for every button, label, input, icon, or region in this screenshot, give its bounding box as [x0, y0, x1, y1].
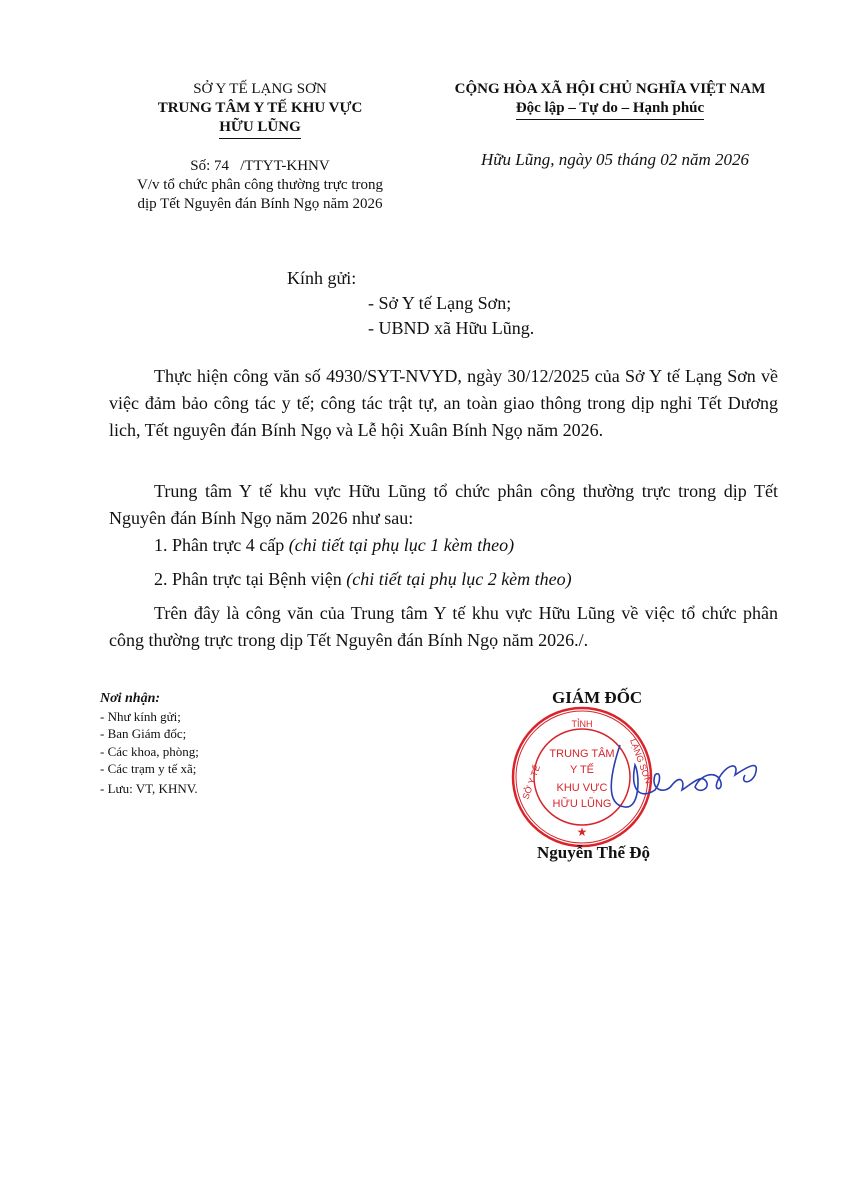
paragraph-3: Trên đây là công văn của Trung tâm Y tế … [109, 600, 778, 654]
national-heading-block: CỘNG HÒA XÃ HỘI CHỦ NGHĨA VIỆT NAM Độc l… [420, 80, 800, 120]
subject-line-1: V/v tổ chức phân công thường trực trong [100, 176, 420, 195]
authority-name: SỞ Y TẾ LẠNG SƠN [100, 80, 420, 99]
handwritten-signature-icon [600, 735, 780, 825]
addressee-item: - UBND xã Hữu Lũng. [368, 316, 534, 341]
country-name: CỘNG HÒA XÃ HỘI CHỦ NGHĨA VIỆT NAM [420, 80, 800, 99]
svg-text:Y TẾ: Y TẾ [570, 763, 594, 776]
subject-line-2: dịp Tết Nguyên đán Bính Ngọ năm 2026 [100, 195, 420, 214]
addressee-label: Kính gửi: [287, 265, 356, 291]
place-date: Hữu Lũng, ngày 05 tháng 02 năm 2026 [420, 150, 810, 170]
signer-name: Nguyễn Thế Độ [537, 843, 650, 863]
national-motto: Độc lập – Tự do – Hạnh phúc [516, 99, 704, 120]
list-item-note: (chi tiết tại phụ lục 2 kèm theo) [346, 569, 571, 589]
recipient-item: - Các trạm y tế xã; [100, 760, 199, 778]
list-item-1: 1. Phân trực 4 cấp (chi tiết tại phụ lục… [154, 532, 514, 559]
list-item-text: 2. Phân trực tại Bệnh viện [154, 569, 346, 589]
signer-position: GIÁM ĐỐC [552, 688, 642, 708]
recipients-block: Nơi nhận: - Như kính gửi; - Ban Giám đốc… [100, 690, 199, 797]
recipient-item: - Như kính gửi; [100, 708, 199, 726]
issuing-organization-block: SỞ Y TẾ LẠNG SƠN TRUNG TÂM Y TẾ KHU VỰC … [100, 80, 420, 214]
addressee-item: - Sở Y tế Lạng Sơn; [368, 291, 534, 316]
svg-text:SỞ Y TẾ: SỞ Y TẾ [520, 763, 543, 800]
list-item-note: (chi tiết tại phụ lục 1 kèm theo) [289, 535, 514, 555]
recipient-item: - Lưu: VT, KHNV. [100, 780, 199, 798]
recipient-item: - Các khoa, phòng; [100, 743, 199, 761]
list-item-2: 2. Phân trực tại Bệnh viện (chi tiết tại… [154, 566, 572, 593]
document-number: Số: 74 /TTYT-KHNV [100, 157, 420, 176]
addressee-list: - Sở Y tế Lạng Sơn; - UBND xã Hữu Lũng. [368, 291, 534, 341]
recipients-title: Nơi nhận: [100, 690, 199, 708]
organization-name: TRUNG TÂM Y TẾ KHU VỰC [100, 99, 420, 118]
svg-text:TỈNH: TỈNH [572, 718, 593, 729]
list-item-text: 1. Phân trực 4 cấp [154, 535, 289, 555]
paragraph-2: Trung tâm Y tế khu vực Hữu Lũng tổ chức … [109, 478, 778, 532]
svg-text:★: ★ [577, 825, 588, 839]
paragraph-1: Thực hiện công văn số 4930/SYT-NVYD, ngà… [109, 363, 778, 444]
recipient-item: - Ban Giám đốc; [100, 725, 199, 743]
organization-name-line2: HỮU LŨNG [219, 118, 301, 139]
